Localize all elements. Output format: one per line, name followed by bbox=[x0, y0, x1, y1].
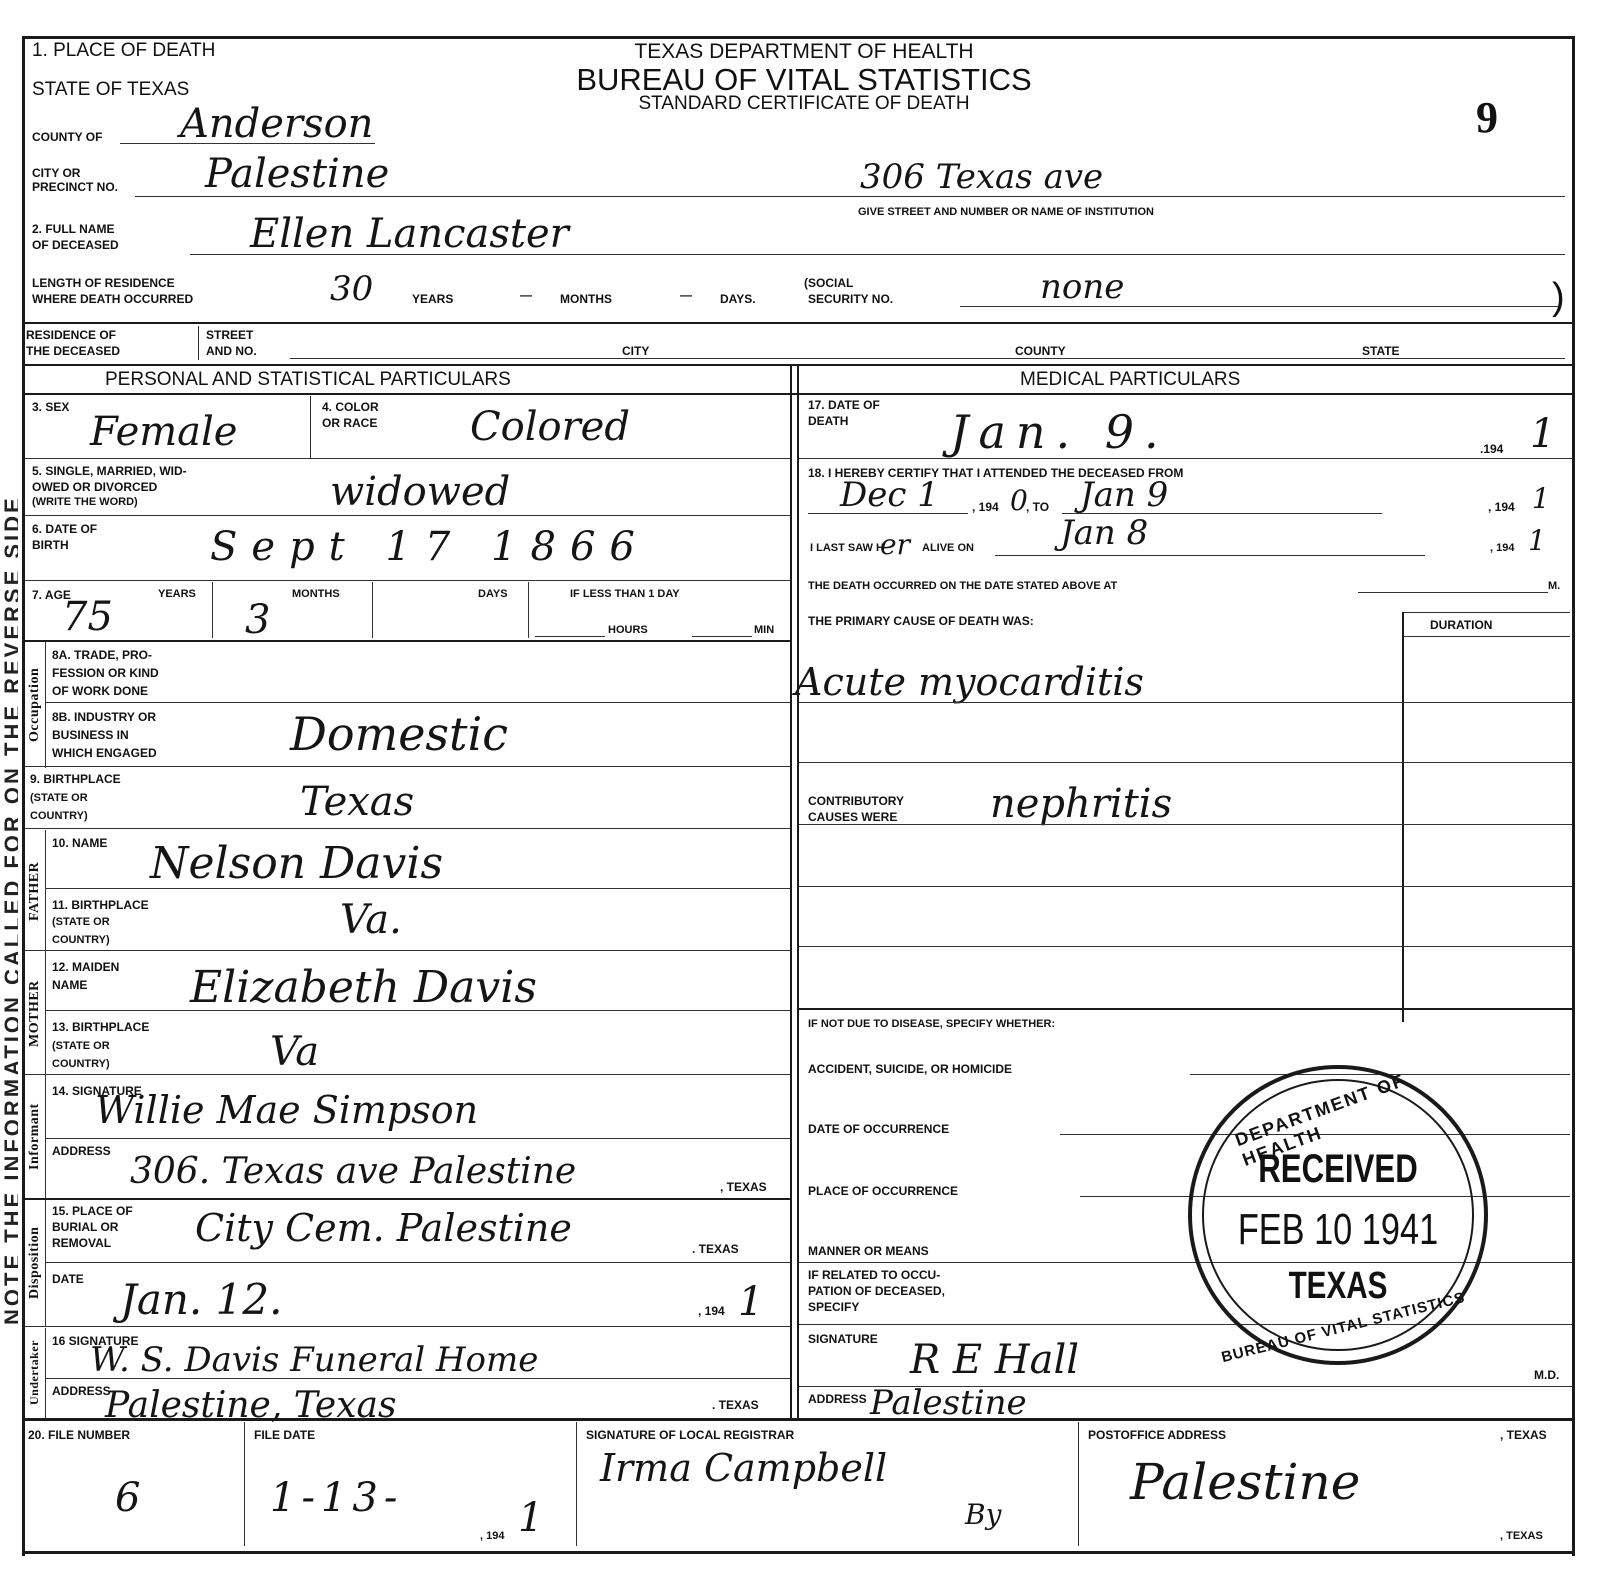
birthplace-label-1: 9. BIRTHPLACE bbox=[30, 772, 121, 786]
age-div-3 bbox=[528, 582, 529, 638]
father-name-label: 10. NAME bbox=[52, 836, 107, 850]
last-saw-her: er bbox=[880, 530, 910, 560]
name-label-1: 2. FULL NAME bbox=[32, 222, 114, 236]
contributory-label-2: CAUSES WERE bbox=[808, 810, 897, 824]
mother-birthplace-label-1: 13. BIRTHPLACE bbox=[52, 1020, 149, 1034]
mother-name-value: Elizabeth Davis bbox=[190, 966, 537, 1010]
duration-divider bbox=[1402, 612, 1404, 1022]
frame-right bbox=[1572, 36, 1575, 1556]
occupation-related-line bbox=[799, 1324, 1572, 1325]
row-trade-bottom bbox=[45, 702, 790, 703]
deceased-name-value: Ellen Lancaster bbox=[250, 212, 569, 256]
occupation-related-label-1: IF RELATED TO OCCU- bbox=[808, 1268, 940, 1282]
stamp-received: RECEIVED bbox=[1224, 1147, 1452, 1192]
ssn-value: none bbox=[1040, 268, 1124, 306]
center-divider-b bbox=[797, 364, 799, 1418]
dod-label-2: DEATH bbox=[808, 414, 848, 428]
burial-date-value: Jan. 12. bbox=[120, 1278, 282, 1322]
name-label-2: OF DECEASED bbox=[32, 238, 119, 252]
city-label-1: CITY OR bbox=[32, 166, 80, 180]
attended-from-line bbox=[808, 513, 968, 514]
time-line bbox=[1358, 592, 1548, 593]
residence-label-1: RESIDENCE OF bbox=[26, 328, 116, 342]
residence-state-label: STATE bbox=[1362, 344, 1400, 358]
cause-line-1 bbox=[799, 702, 1572, 703]
residence-top-line bbox=[22, 322, 1574, 324]
frame-top bbox=[22, 36, 1574, 39]
informant-side-divider bbox=[45, 1076, 46, 1198]
undertaker-addr-state: . TEXAS bbox=[712, 1398, 759, 1412]
cause-line-5 bbox=[799, 946, 1572, 947]
ssn-close-paren: ) bbox=[1552, 276, 1565, 319]
last-saw-label-1: I LAST SAW H bbox=[810, 542, 884, 555]
ssn-label-1: (SOCIAL bbox=[804, 276, 853, 290]
file-date-label: FILE DATE bbox=[254, 1428, 315, 1442]
row-father-bottom bbox=[25, 950, 790, 951]
father-birthplace-label-1: 11. BIRTHPLACE bbox=[52, 898, 149, 912]
mother-birthplace-label-3: COUNTRY) bbox=[52, 1058, 110, 1071]
primary-label: THE PRIMARY CAUSE OF DEATH WAS: bbox=[808, 614, 1034, 628]
margin-note: NOTE THE INFORMATION CALLED FOR ON THE R… bbox=[0, 280, 18, 1540]
burial-date-label: DATE bbox=[52, 1272, 84, 1286]
undertaker-side-label: Undertaker bbox=[27, 1330, 42, 1416]
mother-birthplace-value: Va bbox=[270, 1030, 319, 1074]
age-div-1 bbox=[212, 582, 213, 638]
informant-sig-value: Willie Mae Simpson bbox=[95, 1088, 478, 1132]
row-informant-bottom bbox=[25, 1198, 790, 1200]
center-divider-a bbox=[790, 364, 792, 1418]
row-dob-bottom bbox=[25, 580, 790, 581]
dob-value: Sept 17 1866 bbox=[210, 525, 649, 569]
occupation-value: Domestic bbox=[290, 712, 508, 756]
residence-length-label-1: LENGTH OF RESIDENCE bbox=[32, 276, 175, 290]
mother-side-divider bbox=[45, 952, 46, 1076]
trade-label-2: FESSION OR KIND bbox=[52, 666, 159, 680]
father-birthplace-value: Va. bbox=[340, 898, 402, 942]
last-saw-value: Jan 8 bbox=[1060, 514, 1148, 552]
registrar-label: SIGNATURE OF LOCAL REGISTRAR bbox=[586, 1428, 794, 1442]
undertaker-side-divider bbox=[45, 1328, 46, 1418]
row-burial-bottom bbox=[45, 1262, 790, 1263]
occupation-side-label: Occupation bbox=[27, 648, 43, 762]
street-value: 306 Texas ave bbox=[860, 158, 1103, 196]
received-stamp: DEPARTMENT OF HEALTH RECEIVED FEB 10 194… bbox=[1188, 1065, 1488, 1365]
physician-addr-label: ADDRESS bbox=[808, 1392, 867, 1406]
undertaker-addr-value: Palestine, Texas bbox=[105, 1384, 396, 1428]
row-mother-name-bottom bbox=[45, 1010, 790, 1011]
informant-side-label: Informant bbox=[27, 1082, 43, 1192]
file-date-value: 1-13- bbox=[270, 1476, 403, 1520]
trade-label-1: 8A. TRADE, PRO- bbox=[52, 648, 152, 662]
residence-city-label: CITY bbox=[622, 344, 649, 358]
marital-label-1: 5. SINGLE, MARRIED, WID- bbox=[32, 464, 187, 478]
burial-year-digit: 1 bbox=[738, 1280, 763, 1324]
months-value: — bbox=[520, 288, 532, 302]
dod-label-1: 17. DATE OF bbox=[808, 398, 880, 412]
row-undertaker-sig-bottom bbox=[45, 1378, 790, 1379]
row-mother-bottom bbox=[25, 1074, 790, 1075]
sex-race-divider bbox=[310, 396, 311, 458]
county-label: COUNTY OF bbox=[32, 130, 102, 144]
sex-value: Female bbox=[90, 410, 237, 454]
birthplace-value: Texas bbox=[300, 780, 414, 824]
county-value: Anderson bbox=[180, 102, 373, 146]
burial-state: . TEXAS bbox=[692, 1242, 739, 1256]
mother-name-label-1: 12. MAIDEN bbox=[52, 960, 119, 974]
age-days-label: DAYS bbox=[478, 588, 508, 601]
not-disease-label: IF NOT DUE TO DISEASE, SPECIFY WHETHER: bbox=[808, 1018, 1055, 1031]
last-saw-line bbox=[995, 555, 1425, 556]
sex-label: 3. SEX bbox=[32, 400, 69, 414]
cause-block-bottom bbox=[799, 1008, 1572, 1010]
burial-value: City Cem. Palestine bbox=[195, 1206, 572, 1250]
duration-underline bbox=[1402, 636, 1570, 637]
row-informant-sig-bottom bbox=[45, 1138, 790, 1139]
postoffice-label: POSTOFFICE ADDRESS bbox=[1088, 1428, 1226, 1442]
time-label: THE DEATH OCCURRED ON THE DATE STATED AB… bbox=[808, 580, 1117, 593]
min-line bbox=[692, 636, 752, 637]
attended-from-year-prefix: , 194 bbox=[972, 500, 999, 514]
mother-name-label-2: NAME bbox=[52, 978, 87, 992]
row-age-bottom bbox=[25, 640, 790, 642]
manner-label: MANNER OR MEANS bbox=[808, 1244, 929, 1258]
race-value: Colored bbox=[470, 405, 630, 449]
age-hours-label: HOURS bbox=[608, 624, 648, 637]
months-label: MONTHS bbox=[560, 292, 612, 306]
father-name-value: Nelson Davis bbox=[150, 842, 443, 886]
postoffice-value: Palestine bbox=[1130, 1460, 1360, 1504]
physician-sig-label: SIGNATURE bbox=[808, 1332, 878, 1346]
frame-left bbox=[22, 36, 25, 1556]
cause-line-4 bbox=[799, 886, 1572, 887]
age-min-label: MIN bbox=[754, 624, 774, 637]
age-less-label: IF LESS THAN 1 DAY bbox=[570, 588, 680, 601]
informant-addr-state: , TEXAS bbox=[720, 1180, 767, 1194]
occurrence-place-label: PLACE OF OCCURRENCE bbox=[808, 1184, 958, 1198]
certificate-number: 9 bbox=[1476, 92, 1498, 143]
attended-to-year-prefix: , 194 bbox=[1488, 500, 1515, 514]
dod-year-prefix: .194 bbox=[1480, 442, 1503, 456]
department-title: TEXAS DEPARTMENT OF HEALTH bbox=[0, 40, 1608, 64]
dod-value: Jan. 9. bbox=[950, 410, 1169, 454]
informant-addr-label: ADDRESS bbox=[52, 1144, 111, 1158]
mother-side-label: MOTHER bbox=[27, 958, 43, 1070]
city-label-2: PRECINCT NO. bbox=[32, 180, 118, 194]
undertaker-addr-label: ADDRESS bbox=[52, 1384, 111, 1398]
informant-addr-value: 306. Texas ave Palestine bbox=[130, 1150, 576, 1194]
race-label-1: 4. COLOR bbox=[322, 400, 379, 414]
time-suffix: M. bbox=[1548, 580, 1560, 593]
medical-section-title: MEDICAL PARTICULARS bbox=[1020, 369, 1240, 391]
marital-value: widowed bbox=[330, 470, 510, 514]
industry-label-2: BUSINESS IN bbox=[52, 728, 129, 742]
industry-label-1: 8B. INDUSTRY OR bbox=[52, 710, 156, 724]
age-div-2 bbox=[372, 582, 373, 638]
ssn-label-2: SECURITY NO. bbox=[808, 292, 893, 306]
row-birthplace-bottom bbox=[25, 828, 790, 829]
frame-bottom bbox=[22, 1551, 1574, 1554]
father-birthplace-label-3: COUNTRY) bbox=[52, 934, 110, 947]
residence-length-label-2: WHERE DEATH OCCURRED bbox=[32, 292, 193, 306]
birthplace-label-2: (STATE OR bbox=[30, 792, 88, 805]
primary-cause-value: Acute myocarditis bbox=[795, 660, 1144, 704]
contributory-value: nephritis bbox=[990, 782, 1172, 826]
to-label: , TO bbox=[1026, 500, 1049, 514]
row-father-name-bottom bbox=[45, 888, 790, 889]
age-months-label: MONTHS bbox=[292, 588, 340, 601]
burial-label-3: REMOVAL bbox=[52, 1236, 111, 1250]
occurrence-date-label: DATE OF OCCURRENCE bbox=[808, 1122, 949, 1136]
age-years-value: 75 bbox=[62, 595, 113, 639]
occupation-related-label-2: PATION OF DECEASED, bbox=[808, 1284, 945, 1298]
row-marital-bottom bbox=[25, 515, 790, 516]
race-label-2: OR RACE bbox=[322, 416, 377, 430]
dod-year-digit: 1 bbox=[1530, 412, 1555, 456]
stamp-date: FEB 10 1941 bbox=[1224, 1205, 1452, 1255]
filing-div-1 bbox=[244, 1422, 245, 1546]
marital-label-3: (WRITE THE WORD) bbox=[32, 496, 138, 509]
industry-label-3: WHICH ENGAGED bbox=[52, 746, 157, 760]
burial-label-2: BURIAL OR bbox=[52, 1220, 118, 1234]
attended-to-value: Jan 9 bbox=[1080, 476, 1168, 514]
last-saw-year-digit: 1 bbox=[1528, 526, 1546, 556]
duration-top bbox=[1402, 612, 1570, 613]
registrar-value: Irma Campbell bbox=[600, 1446, 887, 1490]
residence-county-label: COUNTY bbox=[1015, 344, 1066, 358]
filing-top-line bbox=[22, 1418, 1574, 1421]
file-year-prefix: , 194 bbox=[480, 1530, 504, 1543]
residence-line bbox=[290, 358, 1565, 359]
father-side-divider bbox=[45, 830, 46, 952]
street-hint: GIVE STREET AND NUMBER OR NAME OF INSTIT… bbox=[858, 206, 1154, 219]
disposition-side-label: Disposition bbox=[27, 1206, 43, 1320]
postoffice-state: , TEXAS bbox=[1500, 1530, 1543, 1543]
hours-line bbox=[535, 636, 605, 637]
physician-addr-value: Palestine bbox=[870, 1384, 1027, 1422]
street-no-label-2: AND NO. bbox=[206, 344, 257, 358]
filing-div-2 bbox=[576, 1422, 577, 1546]
row-sex-bottom bbox=[25, 458, 790, 459]
father-birthplace-label-2: (STATE OR bbox=[52, 916, 110, 929]
personal-section-title: PERSONAL AND STATISTICAL PARTICULARS bbox=[105, 369, 511, 391]
occupation-related-label-3: SPECIFY bbox=[808, 1300, 859, 1314]
burial-label-1: 15. PLACE OF bbox=[52, 1204, 133, 1218]
birthplace-label-3: COUNTRY) bbox=[30, 810, 88, 823]
duration-label: DURATION bbox=[1430, 618, 1492, 632]
city-value: Palestine bbox=[205, 152, 389, 196]
years-label: YEARS bbox=[412, 292, 453, 306]
row-dod-bottom bbox=[799, 458, 1572, 459]
dob-label-2: BIRTH bbox=[32, 538, 69, 552]
physician-addr-state: , TEXAS bbox=[1500, 1428, 1547, 1442]
cause-line-3 bbox=[799, 824, 1572, 825]
age-months-value: 3 bbox=[245, 598, 270, 642]
street-no-label-1: STREET bbox=[206, 328, 253, 342]
age-years-label: YEARS bbox=[158, 588, 196, 601]
physician-suffix: M.D. bbox=[1534, 1368, 1559, 1382]
dob-label-1: 6. DATE OF bbox=[32, 522, 97, 536]
attended-to-year-digit: 1 bbox=[1532, 484, 1550, 514]
attended-from-value: Dec 1 bbox=[840, 476, 939, 514]
row-industry-bottom bbox=[25, 766, 790, 767]
burial-year-prefix: , 194 bbox=[698, 1304, 725, 1318]
last-saw-label-2: ALIVE ON bbox=[922, 542, 974, 555]
father-side-label: FATHER bbox=[27, 836, 43, 946]
days-value: — bbox=[680, 288, 692, 302]
disposition-side-divider bbox=[45, 1200, 46, 1326]
years-value: 30 bbox=[330, 270, 373, 308]
file-year-digit: 1 bbox=[518, 1496, 543, 1540]
registrar-initials: By bbox=[965, 1500, 1001, 1530]
contributory-label-1: CONTRIBUTORY bbox=[808, 794, 904, 808]
marital-label-2: OWED OR DIVORCED bbox=[32, 480, 157, 494]
row-disposition-bottom bbox=[25, 1326, 790, 1327]
last-saw-year-prefix: , 194 bbox=[1490, 542, 1514, 555]
occupation-side-divider bbox=[45, 642, 46, 768]
residence-label-2: THE DECEASED bbox=[26, 344, 120, 358]
undertaker-sig-value: W. S. Davis Funeral Home bbox=[90, 1338, 538, 1382]
accident-label: ACCIDENT, SUICIDE, OR HOMICIDE bbox=[808, 1062, 1012, 1076]
file-number-label: 20. FILE NUMBER bbox=[28, 1428, 130, 1442]
cause-line-2 bbox=[799, 762, 1572, 763]
trade-label-3: OF WORK DONE bbox=[52, 684, 148, 698]
residence-divider bbox=[198, 326, 199, 360]
days-label: DAYS. bbox=[720, 292, 756, 306]
mother-birthplace-label-2: (STATE OR bbox=[52, 1040, 110, 1053]
filing-div-3 bbox=[1078, 1422, 1079, 1546]
file-number-value: 6 bbox=[115, 1476, 140, 1520]
physician-sig-value: R E Hall bbox=[910, 1338, 1079, 1382]
